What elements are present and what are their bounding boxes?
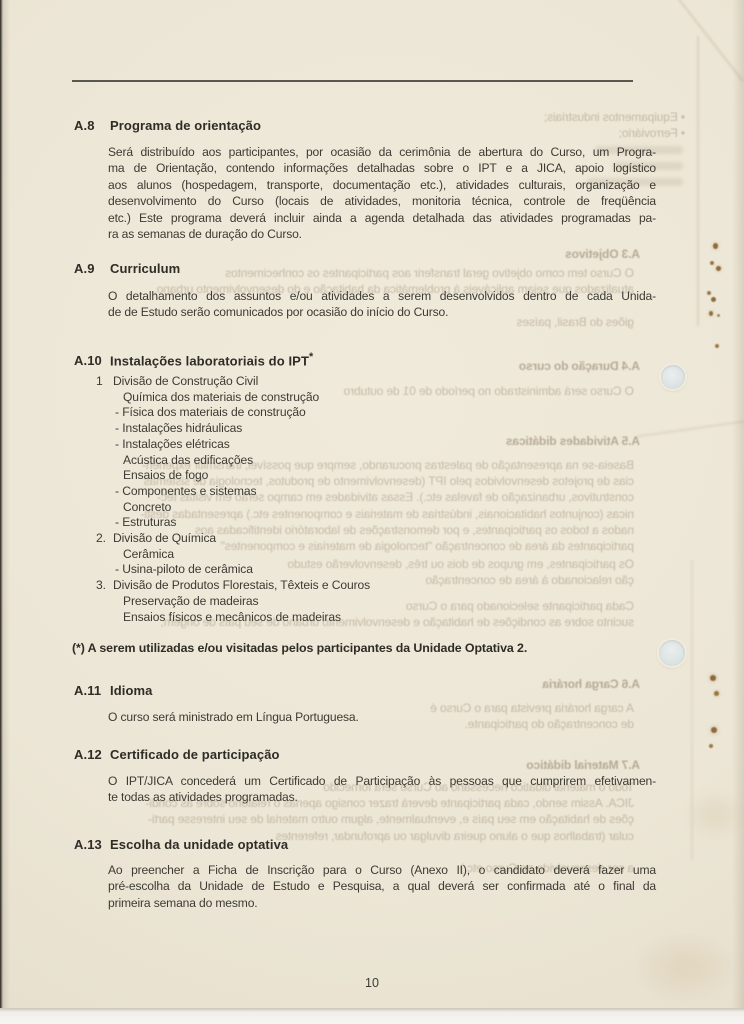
scan-edge-bottom [0,1008,744,1024]
list-item-label: Cerâmica [123,547,174,561]
list-item-label: Usina-piloto de cerâmica [115,562,253,576]
section-number: A.12 [74,747,110,762]
list-item-label: Ensaios físicos e mecânicos de madeiras [123,610,341,624]
bleedthrough-line: • Ferroviário; [445,126,685,142]
section-number: A.9 [74,261,110,276]
list-item-label: Divisão de Química [113,531,216,545]
list-item-label: Concreto [123,500,171,514]
paragraph-a8: Será distribuído aos participantes, por … [108,144,656,242]
list-item: Concreto [86,500,586,516]
list-item: Ensaios físicos e mecânicos de madeiras [86,610,586,626]
paragraph-a9: O detalhamento dos assuntos e/ou ativida… [108,288,656,321]
section-title: Idioma [110,683,153,698]
list-item-label: Ensaios de fogo [123,468,208,482]
rust-speck [710,675,716,681]
text-line: O detalhamento dos assuntos e/ou ativida… [108,288,656,304]
paragraph-a12: O IPT/JICA concederá um Certificado de P… [108,773,656,806]
list-item-label: Divisão de Construção Civil [113,374,258,388]
rust-speck [714,691,719,696]
rust-speck [711,297,716,302]
rust-speck [717,314,720,317]
text-line: primeira semana do mesmo. [108,895,656,911]
section-heading-a12: A.12Certificado de participação [74,747,280,762]
list-item: Acústica das edificações [86,453,586,469]
list-item: 2. Divisão de Química [86,531,586,547]
list-item: Instalações elétricas [86,437,586,453]
paragraph-a13: Ao preencher a Ficha de Inscrição para o… [108,862,656,911]
list-marker: 1 [96,374,103,390]
text-line: pré-escolha da Unidade de Estudo e Pesqu… [108,878,656,894]
scan-edge-right [732,0,744,1008]
text-line: O IPT/JICA concederá um Certificado de P… [108,773,656,789]
footnote: (*) A serem utilizadas e/ou visitadas pe… [72,641,527,655]
punch-hole [661,365,685,389]
list-item: Instalações hidráulicas [86,421,586,437]
list-item: Ensaios de fogo [86,468,586,484]
section-title: Programa de orientação [110,118,261,133]
list-item: 3. Divisão de Produtos Florestais, Têxte… [86,578,586,594]
text-line: ma de Orientação, contendo informações d… [108,160,656,176]
text-line: Ao preencher a Ficha de Inscrição para o… [108,862,656,878]
rust-speck [707,291,711,295]
list-item: Usina-piloto de cerâmica [86,562,586,578]
paragraph-a11: O curso será ministrado em Língua Portug… [108,709,656,725]
text-line: de de Estudo serão comunicados por ocasi… [108,304,656,320]
rust-speck [710,261,714,265]
text-line: etc.) Este programa deverá incluir ainda… [108,210,656,226]
laboratory-list: 1 Divisão de Construção Civil Química do… [86,374,586,625]
paper-crease [697,36,699,326]
list-item-label: Acústica das edificações [123,453,253,467]
list-marker: 3. [96,578,106,594]
section-number: A.8 [74,118,110,133]
bleedthrough-equipment-list: • Equipamentos industriais;• Ferroviário… [445,110,685,142]
list-item-label: Instalações hidráulicas [115,421,242,435]
header-rule [72,80,633,82]
list-marker: 2. [96,531,106,547]
bleedthrough-line: • Equipamentos industriais; [445,110,685,126]
list-item: Estruturas [86,515,586,531]
page-number: 10 [0,976,744,990]
list-item: Física dos materiais de construção [86,405,586,421]
punch-hole [657,638,688,669]
paper-crease [636,420,743,437]
rust-speck [716,266,721,271]
list-item: Preservação de madeiras [86,594,586,610]
text-line: ra as semanas de duração do Curso. [108,226,656,242]
list-item-label: Estruturas [115,515,176,529]
rust-speck [711,727,717,733]
text-line: O curso será ministrado em Língua Portug… [108,709,656,725]
rust-speck [709,744,713,748]
list-item-label: Divisão de Produtos Florestais, Têxteis … [113,578,370,592]
section-number: A.13 [74,837,110,852]
list-item: Componentes e sistemas [86,484,586,500]
list-item-label: Componentes e sistemas [115,484,256,498]
bleedthrough-line: O Curso tem como objetivo geral transfer… [104,265,634,281]
paper-stain [640,938,730,996]
list-item-label: Física dos materiais de construção [115,405,306,419]
section-heading-a9: A.9Curriculum [74,261,180,276]
rust-speck [713,243,718,249]
footnote-asterisk: * [309,351,313,363]
scan-edge-left [0,0,3,1008]
section-title: Certificado de participação [110,747,280,762]
rust-speck [715,344,719,348]
list-item-label: Instalações elétricas [115,437,230,451]
section-title: Escolha da unidade optativa [110,837,288,852]
section-title: Curriculum [110,261,180,276]
list-item-label: Química dos materiais de construção [123,390,319,404]
text-line: desenvolvimento do Curso (locais de ativ… [108,193,656,209]
list-item: 1 Divisão de Construção Civil [86,374,586,390]
text-line: te todas as atividades programadas. [108,789,656,805]
list-item: Cerâmica [86,547,586,563]
section-heading-a11: A.11Idioma [74,683,153,698]
text-line: Será distribuído aos participantes, por … [108,144,656,160]
section-number: A.11 [74,683,110,698]
section-heading-a13: A.13Escolha da unidade optativa [74,837,288,852]
rust-speck [709,311,713,316]
section-heading-a10: A.10Instalações laboratoriais do IPT* [74,351,313,368]
bleedthrough-heading-a6: A.6 Carga horária [104,676,640,692]
bleedthrough-line: ções de habitação em seu país e, eventua… [104,811,634,827]
text-line: aos alunos (hospedagem, transporte, docu… [108,177,656,193]
list-item-label: Preservação de madeiras [123,594,259,608]
section-number: A.10 [74,353,110,368]
section-title: Instalações laboratoriais do IPT [110,353,309,368]
section-heading-a8: A.8Programa de orientação [74,118,261,133]
bleedthrough-heading-a3: A.3 Objetivos [104,246,640,262]
list-item: Química dos materiais de construção [86,390,586,406]
scanned-document-page: • Equipamentos industriais;• Ferroviário… [0,0,744,1024]
